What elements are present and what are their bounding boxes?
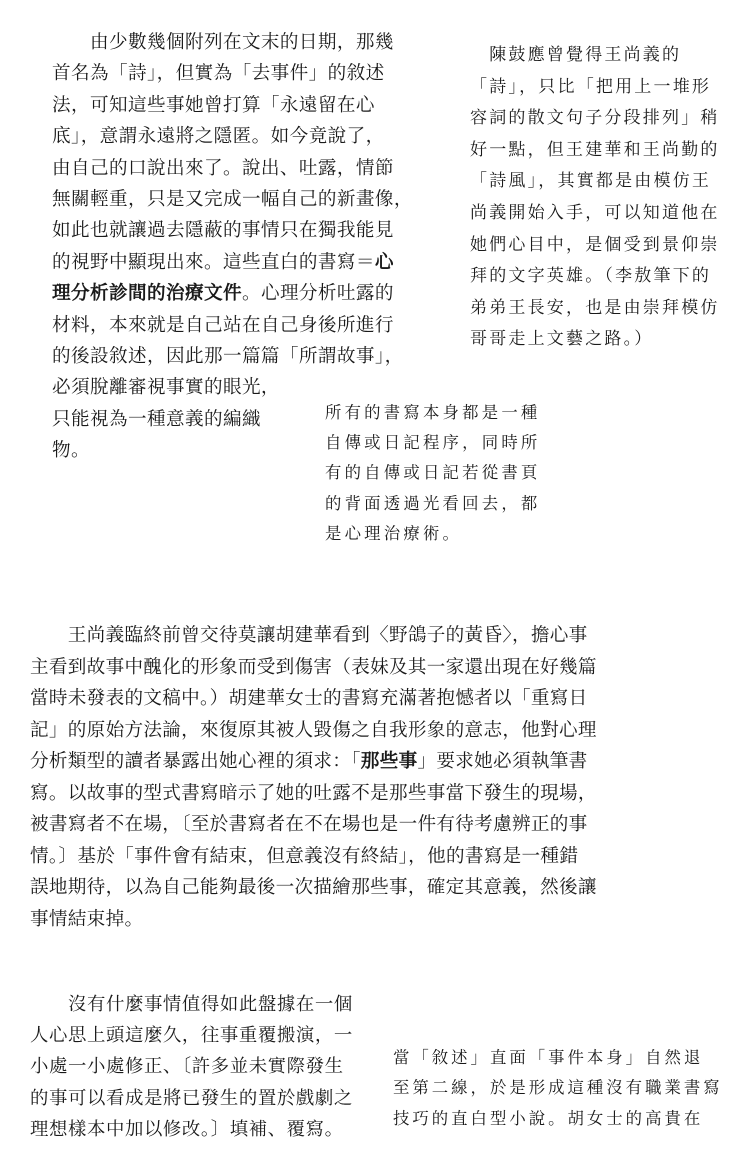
text-line: 沒有什麼事情值得如此盤據在一個 [30,989,353,1020]
text-line: 好一點，但王建華和王尚勤的 [470,135,720,167]
text-line: 陳鼓應曾覺得王尚義的 [470,40,720,72]
bold-text: 心 [375,252,394,273]
bottom-right-paragraph: 當「敘述」直面「事件本身」自然退 至第二線，於是形成這種沒有職業書寫 技巧的直白… [393,1043,723,1134]
text-line: 當「敘述」直面「事件本身」自然退 [393,1043,723,1073]
text-line: 的後設敘述，因此那一篇篇「所謂故事」， [52,341,413,372]
text-line: 的背面透過光看回去，都 [325,489,541,519]
text-line: 是心理治療術。 [325,519,541,549]
text-line: 理分析診間的治療文件。心理分析吐露的 [52,278,413,309]
text-line: 事情結束掉。 [30,904,597,936]
bottom-left-paragraph: 沒有什麼事情值得如此盤據在一個 人心思上頭這麼久，往事重覆搬演，一 小處一小處修… [30,989,353,1145]
text-line: 的事可以看成是將已發生的置於戲劇之 [30,1083,353,1114]
text-line: 當時未發表的文稿中。）胡建華女士的書寫充滿著抱憾者以「重寫日 [30,683,597,715]
pull-quote: 所有的書寫本身都是一種 自傳或日記程序，同時所 有的自傳或日記若從書頁 的背面透… [325,398,541,549]
text-line: 有的自傳或日記若從書頁 [325,458,541,488]
text-line: 的視野中顯現出來。這些直白的書寫＝心 [52,247,413,278]
second-paragraph: 王尚義臨終前曾交待莫讓胡建華看到〈野鴿子的黃昏〉，擔心事 主看到故事中醜化的形象… [30,620,597,935]
text-segment: 的視野中顯現出來。這些直白的書寫＝ [52,252,375,273]
text-line: 「詩」，只比「把用上一堆形 [470,72,720,104]
text-line: 誤地期待，以為自己能夠最後一次描繪那些事，確定其意義，然後讓 [30,872,597,904]
text-line: 由自己的口說出來了。說出、吐露，情節 [52,153,413,184]
text-line: 哥哥走上文藝之路。） [470,324,720,356]
text-line: 技巧的直白型小說。胡女士的高貴在 [393,1104,723,1134]
text-line: 人心思上頭這麼久，往事重覆搬演，一 [30,1020,353,1051]
text-segment: 。心理分析吐露的 [242,283,394,304]
text-line: 容詞的散文句子分段排列」稍 [470,103,720,135]
text-line: 自傳或日記程序，同時所 [325,428,541,458]
text-line: 寫。以故事的型式書寫暗示了她的吐露不是那些事當下發生的現場， [30,778,597,810]
text-line: 王尚義臨終前曾交待莫讓胡建華看到〈野鴿子的黃昏〉，擔心事 [30,620,597,652]
text-line: 由少數幾個附列在文末的日期，那幾 [52,27,413,58]
text-line: 拜的文字英雄。（李敖筆下的 [470,261,720,293]
text-line: 底」，意謂永遠將之隱匿。如今竟說了， [52,121,413,152]
text-line: 無關輕重，只是又完成一幅自己的新畫像， [52,184,413,215]
text-line: 主看到故事中醜化的形象而受到傷害（表妹及其一家還出現在好幾篇 [30,652,597,684]
text-line: 分析類型的讀者暴露出她心裡的須求：「那些事」要求她必須執筆書 [30,746,597,778]
text-segment: 」要求她必須執筆書 [417,751,587,772]
side-note: 陳鼓應曾覺得王尚義的 「詩」，只比「把用上一堆形 容詞的散文句子分段排列」稍 好… [470,40,720,356]
text-line: 「詩風」，其實都是由模仿王 [470,166,720,198]
text-line: 她們心目中，是個受到景仰崇 [470,230,720,262]
text-line: 所有的書寫本身都是一種 [325,398,541,428]
bold-text: 理分析診間的治療文件 [52,283,242,304]
text-line: 至第二線，於是形成這種沒有職業書寫 [393,1073,723,1103]
text-line: 記」的原始方法論，來復原其被人毀傷之自我形象的意志，他對心理 [30,715,597,747]
text-line: 小處一小處修正、〔許多並未實際發生 [30,1051,353,1082]
text-segment: 分析類型的讀者暴露出她心裡的須求：「 [30,751,361,772]
text-line: 弟弟王長安，也是由崇拜模仿 [470,293,720,325]
text-line: 如此也就讓過去隱蔽的事情只在獨我能見 [52,215,413,246]
text-line: 法，可知這些事她曾打算「永遠留在心 [52,90,413,121]
text-line: 情。〕基於「事件會有結束，但意義沒有終結」，他的書寫是一種錯 [30,841,597,873]
bold-text: 那些事 [361,751,418,772]
text-line: 首名為「詩」，但實為「去事件」的敘述 [52,58,413,89]
text-line: 被書寫者不在場，〔至於書寫者在不在場也是一件有待考慮辨正的事 [30,809,597,841]
text-line: 尚義開始入手，可以知道他在 [470,198,720,230]
text-line: 理想樣本中加以修改。〕填補、覆寫。 [30,1114,353,1145]
text-line: 材料，本來就是自己站在自己身後所進行 [52,310,413,341]
